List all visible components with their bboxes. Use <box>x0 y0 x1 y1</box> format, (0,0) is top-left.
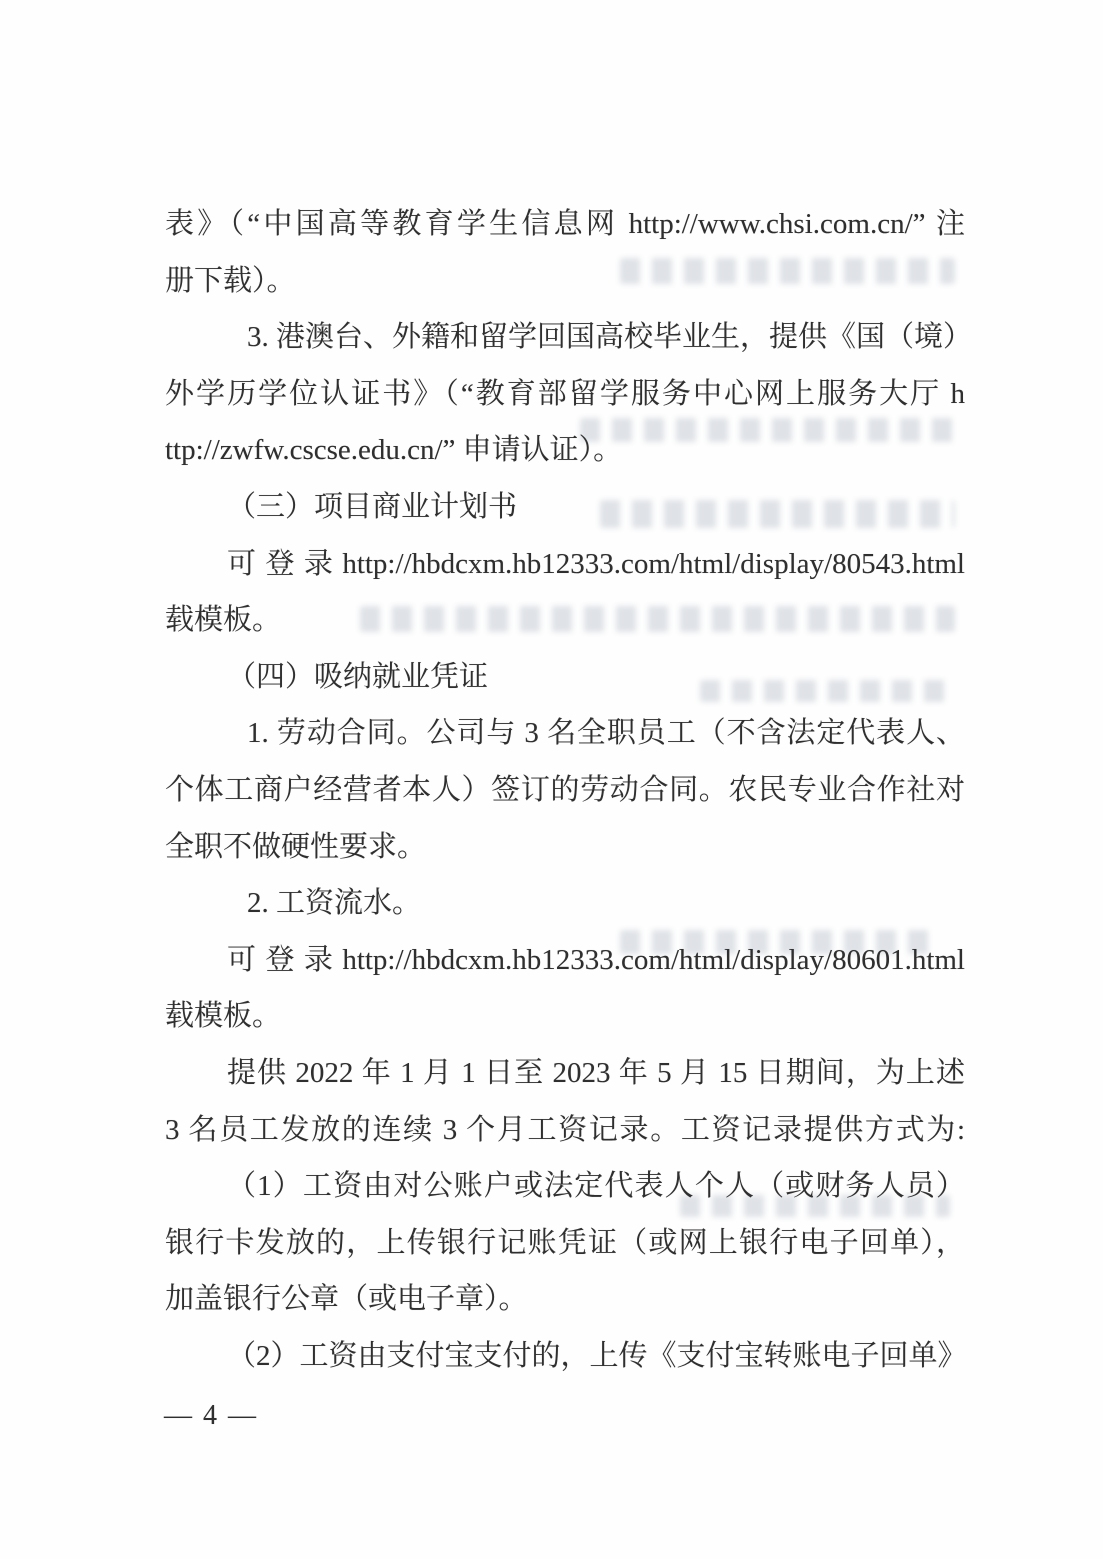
text-line: 个体工商户经营者本人）签订的劳动合同。农民专业合作社对 <box>165 762 965 819</box>
text-line: 册下载）。 <box>165 253 965 310</box>
text-line: 可登录http://hbdcxm.hb12333.com/html/displa… <box>165 932 965 989</box>
text-line: 载模板。 <box>165 592 965 649</box>
document-body: 表》（“中国高等教育学生信息网 http://www.chsi.com.cn/”… <box>165 196 965 1384</box>
text-line: 2. 工资流水。 <box>165 875 965 932</box>
text-line: 表》（“中国高等教育学生信息网 http://www.chsi.com.cn/”… <box>165 196 965 253</box>
text-line: 外学历学位认证书》（“教育部留学服务中心网上服务大厅 h <box>165 366 965 423</box>
text-line: 加盖银行公章（或电子章）。 <box>165 1271 965 1328</box>
page-number: — 4 — <box>164 1396 258 1436</box>
text-line: 提供 2022 年 1 月 1 日至 2023 年 5 月 15 日期间，为上述 <box>165 1045 965 1102</box>
section-heading: （四）吸纳就业凭证 <box>165 649 965 706</box>
text-line: 银行卡发放的，上传银行记账凭证（或网上银行电子回单）， <box>165 1215 965 1272</box>
text-line: 载模板。 <box>165 988 965 1045</box>
section-heading: （三）项目商业计划书 <box>165 479 965 536</box>
text-line: 3. 港澳台、外籍和留学回国高校毕业生，提供《国（境） <box>165 309 965 366</box>
text-line: 1. 劳动合同。公司与 3 名全职员工（不含法定代表人、 <box>165 705 965 762</box>
text-line: ttp://zwfw.cscse.edu.cn/” 申请认证）。 <box>165 422 965 479</box>
text-line: 全职不做硬性要求。 <box>165 819 965 876</box>
text-line: （1）工资由对公账户或法定代表人个人（或财务人员） <box>165 1158 965 1215</box>
text-line: 3 名员工发放的连续 3 个月工资记录。工资记录提供方式为: <box>165 1102 965 1159</box>
scanned-document-page: 表》（“中国高等教育学生信息网 http://www.chsi.com.cn/”… <box>0 0 1103 1559</box>
text-line: 可登录http://hbdcxm.hb12333.com/html/displa… <box>165 536 965 593</box>
text-line: （2）工资由支付宝支付的，上传《支付宝转账电子回单》 <box>165 1328 965 1385</box>
